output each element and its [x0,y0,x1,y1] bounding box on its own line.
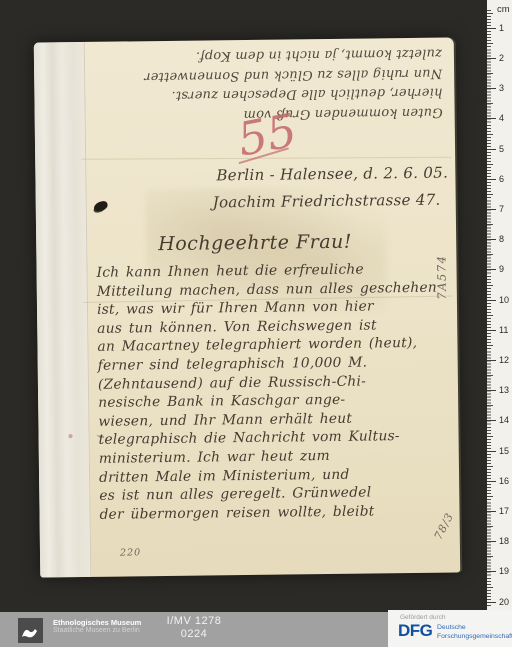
ruler-cm-number: 8 [499,234,504,244]
handwritten-line: der übermorgen reisen wollte, bleibt [99,501,455,524]
ruler-cm-number: 5 [499,144,504,154]
pencil-inventory-mark: 7A574 [434,214,449,300]
archive-footer: Ethnologisches Museum Staatliche Museen … [0,612,512,647]
ruler-unit-label: cm [497,4,510,15]
letter-address: Joachim Friedrichstrasse 47. [213,191,441,212]
ruler-cm-number: 12 [499,355,509,365]
ruler-cm-number: 16 [499,476,509,486]
funding-box: Gefördert durch DFG Deutsche Forschungsg… [388,610,512,647]
ruler-cm-number: 2 [499,53,504,63]
dfg-name-line1: Deutsche [437,624,512,633]
ruler-cm-number: 20 [499,597,509,607]
ruler-cm-number: 1 [499,23,504,33]
dfg-name: Deutsche Forschungsgemeinschaft [437,624,512,642]
document-id-block: I/MV 1278 0224 [0,615,388,640]
ruler-cm-number: 13 [499,385,509,395]
dfg-name-line2: Forschungsgemeinschaft [437,633,512,642]
red-crayon-number: 55 [233,103,301,167]
ruler-cm-number: 18 [499,536,509,546]
ruler-cm-number: 11 [499,325,508,335]
document-page-number: 0224 [0,628,388,640]
ruler-cm-number: 4 [499,113,504,123]
document-id: I/MV 1278 [0,615,388,627]
ruler-cm-number: 6 [499,174,504,184]
ruler-cm-number: 19 [499,566,509,576]
paper-speck [69,434,73,438]
ruler-cm-number: 15 [499,446,509,456]
ruler-cm-number: 9 [499,264,504,274]
dfg-logo: DFG [398,621,432,641]
pencil-page-mark: 220 [120,547,141,558]
ruler-cm-number: 3 [499,83,504,93]
funding-label: Gefördert durch [400,614,446,621]
scan-viewer-page: zuletzt kommt, ja nicht in dem Kopf.Nun … [0,0,512,647]
ruler-cm-number: 7 [499,204,504,214]
letter-scan: zuletzt kommt, ja nicht in dem Kopf.Nun … [34,37,461,577]
letter-salutation: Hochgeehrte Frau! [158,231,352,255]
ink-blot [93,200,109,212]
paper-fold-edge [34,42,92,578]
letter-body: Ich kann Ihnen heut die erfreulicheMitte… [96,259,455,524]
ruler-cm-number: 10 [499,295,509,305]
letter-dateline: Berlin - Halensee, d. 2. 6. 05. [216,164,448,185]
cm-ruler: cm 1 2 3 4 5 6 7 8 9 [487,0,512,612]
ruler-cm-number: 17 [499,506,509,516]
ruler-cm-number: 14 [499,415,509,425]
